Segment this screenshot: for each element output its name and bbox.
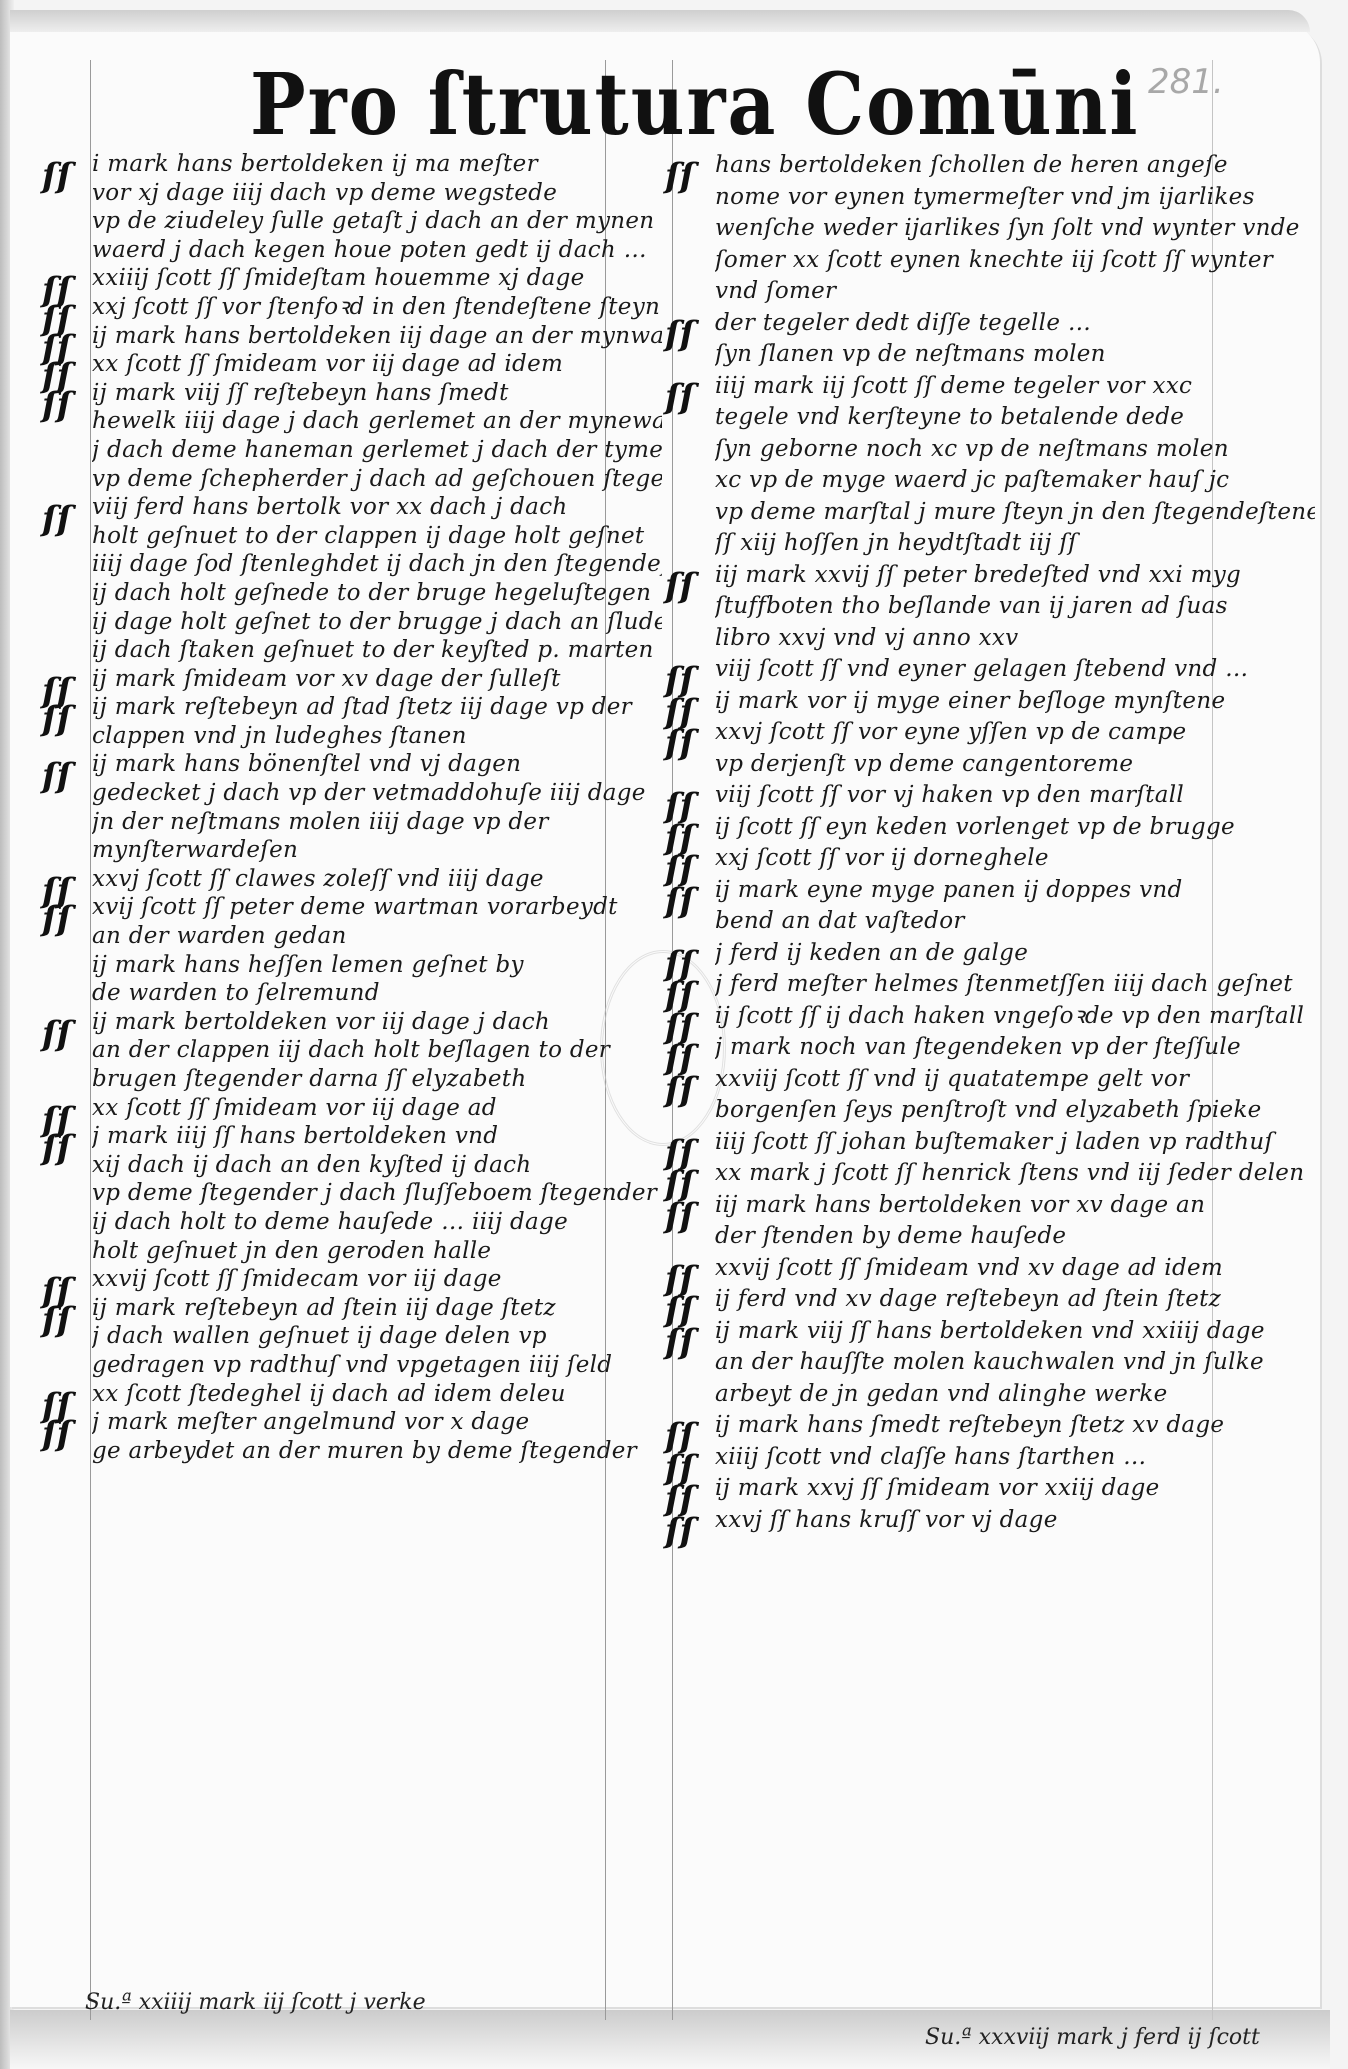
entry-line: ſſ xiij hoſſen jn heydtſtadt iij ſſ — [715, 528, 1315, 560]
entry-line: ij mark hans heſſen lemen geſnet by — [92, 951, 662, 980]
entry-line: gedecket j dach vp der vetmaddohuſe iiij… — [92, 779, 662, 808]
entry-line: ij mark reſtebeyn ad ſtein iij dage ſtet… — [92, 1294, 662, 1323]
page-top-edge — [10, 10, 1310, 32]
entry-line: ij dach holt geſnede to der bruge hegelu… — [92, 579, 662, 608]
ledger-entry: ſſxxj ſcott ſſ vor ij dorneghele — [665, 843, 1315, 875]
entry-line: iiij ſcott ſſ johan buſtemaker j laden v… — [715, 1127, 1315, 1159]
ledger-entry: ſſxxvij ſcott ſſ ſmideam vnd xv dage ad … — [665, 1253, 1315, 1285]
entry-line: viij ferd hans bertolk vor xx dach j dac… — [92, 493, 662, 522]
entry-line: wenſche weder ijarlikes ſyn ſolt vnd wyn… — [715, 213, 1315, 245]
entry-line: iiij dage ſod ſtenleghdet ij dach jn den… — [92, 550, 662, 579]
ledger-entry: ſſviij ſcott ſſ vor vj haken vp den marſ… — [665, 780, 1315, 812]
entry-line: ij mark ſmideam vor xv dage der ſulleſt — [92, 665, 662, 694]
entry-line: ij mark hans bönenſtel vnd vj dagen — [92, 750, 662, 779]
entry-marker-icon: ſſ — [42, 1014, 71, 1054]
entry-line: ij mark bertoldeken vor iij dage j dach — [92, 1008, 662, 1037]
entry-line: j mark meſter angelmund vor x dage — [92, 1408, 662, 1437]
entry-marker-icon: ſſ — [665, 881, 694, 921]
entry-line: xx ſcott ſſ ſmideam vor iij dage ad — [92, 1094, 662, 1123]
entry-line: ſyn ſlanen vp de neſtmans molen — [715, 339, 1315, 371]
entry-marker-icon: ſſ — [42, 899, 71, 939]
entry-line: iij mark hans bertoldeken vor xv dage an — [715, 1190, 1315, 1222]
ledger-entry: ſſij mark vor ij myge einer beſloge mynſ… — [665, 686, 1315, 718]
ledger-entry: ſſiij mark xxvij ſſ peter bredeſted vnd … — [665, 560, 1315, 655]
ledger-entry: ſſxx ſcott ſſ ſmideam vor iij dage ad — [42, 1094, 662, 1123]
ledger-entry: ſſiiij ſcott ſſ johan buſtemaker j laden… — [665, 1127, 1315, 1159]
ledger-entry: ſſviij ſcott ſſ vnd eyner gelagen ſteben… — [665, 654, 1315, 686]
ledger-entry: ſſij mark eyne myge panen ij doppes vndb… — [665, 875, 1315, 938]
entry-line: i mark hans bertoldeken ij ma meſter — [92, 150, 662, 179]
entry-line: gedragen vp radthuſ vnd vpgetagen iiij ſ… — [92, 1351, 662, 1380]
entry-line: ij dach holt to deme hauſede … iiij dage — [92, 1208, 662, 1237]
entry-line: an der hauſſte molen kauchwalen vnd jn ſ… — [715, 1347, 1315, 1379]
entry-marker-icon: ſſ — [665, 1196, 694, 1236]
entry-line: nome vor eynen tymermeſter vnd jm ijarli… — [715, 182, 1315, 214]
page-title: Pro ſtrutura Comūni — [250, 56, 1140, 155]
ledger-entry: ſſij mark viij ſſ reſtebeyn hans ſmedthe… — [42, 379, 662, 493]
ledger-entry: ſſiiij mark iij ſcott ſſ deme tegeler vo… — [665, 371, 1315, 560]
ledger-entry: ſſxxvj ſcott ſſ clawes zoleſſ vnd iiij d… — [42, 865, 662, 894]
ledger-entry: ſſij mark viij ſſ hans bertoldeken vnd x… — [665, 1316, 1315, 1411]
ledger-entry: ſſij mark xxvj ſſ ſmideam vor xxiij dage — [665, 1473, 1315, 1505]
entry-marker-icon: ſſ — [665, 1511, 694, 1551]
entry-marker-icon: ſſ — [665, 1322, 694, 1362]
entry-marker-icon: ſſ — [42, 499, 71, 539]
ledger-entry: ſſxxvj ſſ hans kruſſ vor vj dage — [665, 1505, 1315, 1537]
entry-line: brugen ſtegender darna ſſ elyzabeth — [92, 1065, 662, 1094]
entry-line: mynſterwardeſen — [92, 836, 662, 865]
ledger-entry: ſſj ferd ij keden an de galge — [665, 938, 1315, 970]
entry-line: vp deme marſtal j mure ſteyn jn den ſteg… — [715, 497, 1315, 529]
entry-line: holt geſnuet to der clappen ij dage holt… — [92, 522, 662, 551]
entry-marker-icon: ſſ — [42, 1128, 71, 1168]
ledger-entry: ſſj mark meſter angelmund vor x dagege a… — [42, 1408, 662, 1465]
entry-line: xxvij ſcott ſſ ſmidecam vor iij dage — [92, 1265, 662, 1294]
ledger-entry: ſſij mark hans ſmedt reſtebeyn ſtetz xv … — [665, 1410, 1315, 1442]
entry-line: xx ſcott ſſ ſmideam vor iij dage ad idem — [92, 350, 662, 379]
ledger-entry: ſſij mark reſtebeyn ad ſtad ſtetz iij da… — [42, 693, 662, 750]
entry-line: an der warden gedan — [92, 922, 662, 951]
entry-marker-icon: ſſ — [665, 1070, 694, 1110]
ledger-entry: ſſij ferd vnd xv dage reſtebeyn ad ſtein… — [665, 1284, 1315, 1316]
ledger-entry: ſſj mark noch van ſtegendeken vp der ſte… — [665, 1032, 1315, 1064]
footer-total-left: Su.ª xxiiij mark iij ſcott j verke — [85, 1990, 426, 2015]
entry-line: viij ſcott ſſ vor vj haken vp den marſta… — [715, 780, 1315, 812]
entry-marker-icon: ſſ — [665, 723, 694, 763]
entry-line: holt geſnuet jn den geroden halle — [92, 1237, 662, 1266]
footer-total-right: Su.ª xxxviij mark j ferd ij ſcott — [925, 2025, 1260, 2050]
entry-line: ij mark reſtebeyn ad ſtad ſtetz iij dage… — [92, 693, 662, 722]
entry-line: j dach deme haneman gerlemet j dach der … — [92, 436, 662, 465]
ledger-entry: ſſij ſcott ſſ eyn keden vorlenget vp de … — [665, 812, 1315, 844]
folio-number: 281. — [1148, 62, 1224, 102]
entry-line: ij ſcott ſſ eyn keden vorlenget vp de br… — [715, 812, 1315, 844]
ledger-entry: ſſij mark hans bertoldeken iij dage an d… — [42, 322, 662, 351]
entry-line: xxvij ſcott ſſ ſmideam vnd xv dage ad id… — [715, 1253, 1315, 1285]
ledger-entry: ſſxxvj ſcott ſſ vor eyne yſſen vp de cam… — [665, 717, 1315, 780]
ledger-entry: ſſij mark reſtebeyn ad ſtein iij dage ſt… — [42, 1294, 662, 1380]
entry-line: jn der neſtmans molen iiij dage vp der — [92, 808, 662, 837]
ledger-entry: ſſder tegeler dedt diſſe tegelle …ſyn ſl… — [665, 308, 1315, 371]
entry-line: j mark iiij ſſ hans bertoldeken vnd — [92, 1122, 662, 1151]
entry-line: xxvj ſcott ſſ vor eyne yſſen vp de campe — [715, 717, 1315, 749]
entry-line: hans bertoldeken ſchollen de heren angeſ… — [715, 150, 1315, 182]
entry-line: j mark noch van ſtegendeken vp der ſteſſ… — [715, 1032, 1315, 1064]
entry-line: ij ſcott ſſ ij dach haken vngeſoꝛde vp d… — [715, 1001, 1315, 1033]
entry-marker-icon: ſſ — [42, 156, 71, 196]
entry-line: xxviij ſcott ſſ vnd ij quatatempe gelt v… — [715, 1064, 1315, 1096]
entry-line: ij dach ſtaken geſnuet to der keyſted p.… — [92, 636, 662, 665]
entry-line: waerd j dach kegen houe poten gedt ij da… — [92, 236, 662, 265]
ledger-entry: ſſhans bertoldeken ſchollen de heren ang… — [665, 150, 1315, 308]
ledger-entry: ſſxxj ſcott ſſ vor ſtenfoꝛd in den ſtend… — [42, 293, 662, 322]
ledger-entry: ſſxx mark j ſcott ſſ henrick ſtens vnd i… — [665, 1158, 1315, 1190]
entry-line: bend an dat vaſtedor — [715, 906, 1315, 938]
entry-line: xxvj ſſ hans kruſſ vor vj dage — [715, 1505, 1315, 1537]
entry-marker-icon: ſſ — [665, 377, 694, 417]
entry-line: ij dage holt geſnet to der brugge j dach… — [92, 608, 662, 637]
entry-line: xxj ſcott ſſ vor ſtenfoꝛd in den ſtendeſ… — [92, 293, 662, 322]
ledger-entry: ſſij mark hans bönenſtel vnd vj dagenged… — [42, 750, 662, 864]
ledger-entry: ij mark hans heſſen lemen geſnet byde wa… — [42, 951, 662, 1008]
entry-marker-icon: ſſ — [42, 756, 71, 796]
entry-marker-icon: ſſ — [665, 156, 694, 196]
entry-line: xiiij ſcott vnd claſſe hans ſtarthen … — [715, 1442, 1315, 1474]
entry-line: der tegeler dedt diſſe tegelle … — [715, 308, 1315, 340]
ledger-entry: ſſxvij ſcott ſſ peter deme wartman vorar… — [42, 893, 662, 950]
entry-line: iiij mark iij ſcott ſſ deme tegeler vor … — [715, 371, 1315, 403]
entry-line: tegele vnd kerſteyne to betalende dede — [715, 402, 1315, 434]
entry-line: vp deme ſchepherder j dach ad geſchouen … — [92, 465, 662, 494]
entry-line: ij mark hans bertoldeken iij dage an der… — [92, 322, 662, 351]
entry-line: vp de ziudeley ſulle getaſt j dach an de… — [92, 207, 662, 236]
entry-line: ſomer xx ſcott eynen knechte iij ſcott ſ… — [715, 245, 1315, 277]
entry-line: an der clappen iij dach holt beſlagen to… — [92, 1036, 662, 1065]
left-column: ſſi mark hans bertoldeken ij ma meſtervo… — [42, 150, 662, 1465]
entry-line: ij mark viij ſſ hans bertoldeken vnd xxi… — [715, 1316, 1315, 1348]
ledger-entry: ſſiij mark hans bertoldeken vor xv dage … — [665, 1190, 1315, 1253]
entry-line: xxiiij ſcott ſſ ſmideſtam houemme xj dag… — [92, 264, 662, 293]
entry-line: j ferd meſter helmes ſtenmetſſen iiij da… — [715, 969, 1315, 1001]
entry-line: ij mark vor ij myge einer beſloge mynſte… — [715, 686, 1315, 718]
entry-line: ge arbeydet an der muren by deme ſtegend… — [92, 1437, 662, 1466]
entry-line: vnd ſomer — [715, 276, 1315, 308]
entry-line: ſyn geborne noch xc vp de neſtmans molen — [715, 434, 1315, 466]
ledger-entry: ſſxx ſcott ſſ ſmideam vor iij dage ad id… — [42, 350, 662, 379]
entry-line: de warden to ſelremund — [92, 979, 662, 1008]
entry-line: xx mark j ſcott ſſ henrick ſtens vnd iij… — [715, 1158, 1315, 1190]
entry-line: xvij ſcott ſſ peter deme wartman vorarbe… — [92, 893, 662, 922]
entry-line: xc vp de myge waerd jc paſtemaker hauſ j… — [715, 465, 1315, 497]
ledger-entry: ſſxxiiij ſcott ſſ ſmideſtam houemme xj d… — [42, 264, 662, 293]
entry-line: vp deme ſtegender j dach ſluſſeboem ſteg… — [92, 1179, 662, 1208]
entry-marker-icon: ſſ — [42, 1414, 71, 1454]
ledger-entry: ſſxxviij ſcott ſſ vnd ij quatatempe gelt… — [665, 1064, 1315, 1127]
ledger-entry: ſſi mark hans bertoldeken ij ma meſtervo… — [42, 150, 662, 264]
ledger-entry: ſſj mark iiij ſſ hans bertoldeken vndxij… — [42, 1122, 662, 1265]
ledger-entry: ſſxiiij ſcott vnd claſſe hans ſtarthen … — [665, 1442, 1315, 1474]
entry-line: ij ferd vnd xv dage reſtebeyn ad ſtein ſ… — [715, 1284, 1315, 1316]
entry-line: xx ſcott ſtedeghel ij dach ad idem deleu — [92, 1380, 662, 1409]
entry-line: libro xxvj vnd vj anno xxv — [715, 623, 1315, 655]
entry-line: ij mark eyne myge panen ij doppes vnd — [715, 875, 1315, 907]
entry-line: ij mark viij ſſ reſtebeyn hans ſmedt — [92, 379, 662, 408]
entry-line: xij dach ij dach an den kyſted ij dach — [92, 1151, 662, 1180]
entry-line: vp derjenſt vp deme cangentoreme — [715, 749, 1315, 781]
entry-line: arbeyt de jn gedan vnd alinghe werke — [715, 1379, 1315, 1411]
entry-line: j dach wallen geſnuet ij dage delen vp — [92, 1322, 662, 1351]
entry-line: j ferd ij keden an de galge — [715, 938, 1315, 970]
entry-line: ij mark hans ſmedt reſtebeyn ſtetz xv da… — [715, 1410, 1315, 1442]
entry-line: xxj ſcott ſſ vor ij dorneghele — [715, 843, 1315, 875]
entry-line: hewelk iiij dage j dach gerlemet an der … — [92, 407, 662, 436]
ledger-entry: ſſij mark ſmideam vor xv dage der ſulleſ… — [42, 665, 662, 694]
entry-line: ſtuffboten tho beſlande van ij jaren ad … — [715, 591, 1315, 623]
entry-marker-icon: ſſ — [42, 385, 71, 425]
entry-line: viij ſcott ſſ vnd eyner gelagen ſtebend … — [715, 654, 1315, 686]
ledger-entry: ſſj ferd meſter helmes ſtenmetſſen iiij … — [665, 969, 1315, 1001]
ledger-entry: ſſxxvij ſcott ſſ ſmidecam vor iij dage — [42, 1265, 662, 1294]
ledger-entry: ſſxx ſcott ſtedeghel ij dach ad idem del… — [42, 1380, 662, 1409]
entry-line: iij mark xxvij ſſ peter bredeſted vnd xx… — [715, 560, 1315, 592]
entry-marker-icon: ſſ — [42, 1300, 71, 1340]
entry-line: borgenſen ſeys penſtroſt vnd elyzabeth ſ… — [715, 1095, 1315, 1127]
entry-line: vor xj dage iiij dach vp deme wegstede — [92, 179, 662, 208]
ledger-entry: ſſij mark bertoldeken vor iij dage j dac… — [42, 1008, 662, 1094]
entry-line: der ſtenden by deme hauſede — [715, 1221, 1315, 1253]
entry-marker-icon: ſſ — [665, 314, 694, 354]
entry-marker-icon: ſſ — [665, 566, 694, 606]
entry-line: xxvj ſcott ſſ clawes zoleſſ vnd iiij dag… — [92, 865, 662, 894]
entry-line: ij mark xxvj ſſ ſmideam vor xxiij dage — [715, 1473, 1315, 1505]
entry-line: clappen vnd jn ludeghes ſtanen — [92, 722, 662, 751]
right-column: ſſhans bertoldeken ſchollen de heren ang… — [665, 150, 1315, 1536]
entry-marker-icon: ſſ — [42, 699, 71, 739]
ledger-entry: ſſij ſcott ſſ ij dach haken vngeſoꝛde vp… — [665, 1001, 1315, 1033]
ledger-entry: ſſviij ferd hans bertolk vor xx dach j d… — [42, 493, 662, 665]
